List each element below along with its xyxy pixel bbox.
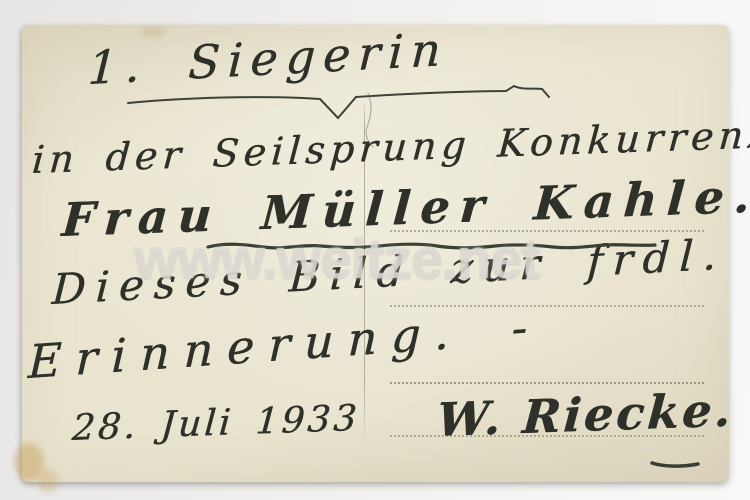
handwriting-line-2: in der Seilsprung Konkurrenz — [31, 115, 750, 179]
watermark-text: www.weitze.net — [134, 231, 539, 288]
handwriting-line-1: 1. Siegerin — [87, 26, 450, 91]
handwriting-signature: W. Riecke. — [435, 387, 735, 443]
postcard: 1. Siegerin in der Seilsprung Konkurrenz… — [22, 25, 729, 482]
stain-spot — [38, 469, 58, 493]
signature-underline-dash — [652, 463, 698, 466]
handwriting-line-5: Erinnerung. - — [27, 303, 542, 385]
photo-background: 1. Siegerin in der Seilsprung Konkurrenz… — [0, 0, 750, 500]
stain-spot — [140, 27, 166, 37]
address-dotted-line — [390, 382, 704, 384]
handwriting-date: 28. Juli 1933 — [71, 401, 361, 447]
underline-siegerin — [128, 86, 549, 118]
